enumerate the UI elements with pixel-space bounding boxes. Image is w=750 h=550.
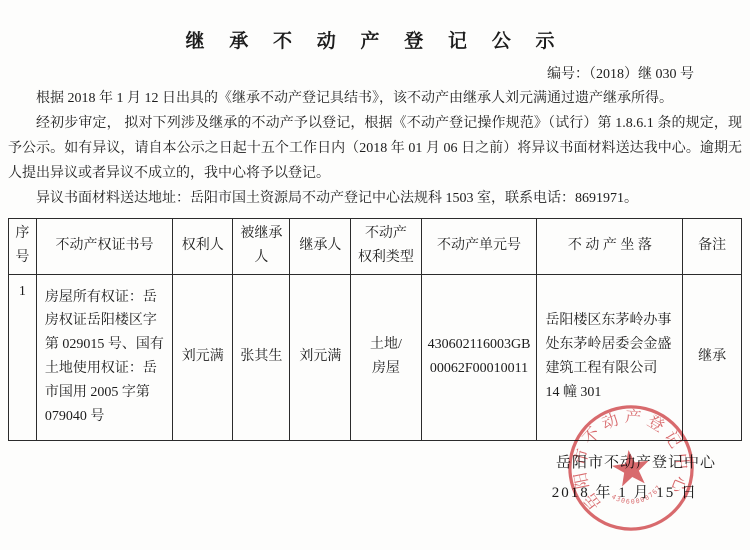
table-row: 1 房屋所有权证：岳房权证岳阳楼区字第 029015 号、国有土地使用权证：岳市… xyxy=(9,274,742,440)
header-right-holder: 权利人 xyxy=(173,218,233,274)
issuer-name: 岳阳市不动产登记中心 xyxy=(8,451,742,472)
paragraph-basis: 根据 2018 年 1 月 12 日出具的《继承不动产登记具结书》，该不动产由继… xyxy=(8,87,742,112)
header-location: 不 动 产 坐 落 xyxy=(537,218,683,274)
cell-heir: 刘元满 xyxy=(290,274,351,440)
document-title: 继 承 不 动 产 登 记 公 示 xyxy=(8,26,742,53)
issue-date: 2018 年 1 月 15 日 xyxy=(8,481,742,502)
cell-location: 岳阳楼区东茅岭办事处东茅岭居委会金盛建筑工程有限公司 14 幢 301 xyxy=(537,274,683,440)
header-right-type: 不动产 权利类型 xyxy=(351,218,421,274)
header-unit-no: 不动产单元号 xyxy=(421,218,537,274)
cell-unit-no: 430602116003GB 00062F00010011 xyxy=(421,274,537,440)
cell-right-holder: 刘元满 xyxy=(173,274,233,440)
header-heir: 继承人 xyxy=(290,218,351,274)
paragraph-review-objection: 经初步审定， 拟对下列涉及继承的不动产予以登记，根据《不动产登记操作规范》（试行… xyxy=(8,112,742,187)
header-decedent: 被继承人 xyxy=(233,218,290,274)
cell-cert-no: 房屋所有权证：岳房权证岳阳楼区字第 029015 号、国有土地使用权证：岳市国用… xyxy=(36,274,172,440)
header-seq: 序号 xyxy=(9,218,37,274)
cell-note: 继承 xyxy=(683,274,742,440)
header-note: 备注 xyxy=(683,218,742,274)
cell-decedent: 张其生 xyxy=(233,274,290,440)
signature-block: 岳阳市不动产登记中心 2018 年 1 月 15 日 岳阳市不动产登记中心 43… xyxy=(8,451,742,502)
table-header-row: 序号 不动产权证书号 权利人 被继承人 继承人 不动产 权利类型 不动产单元号 … xyxy=(9,218,742,274)
cell-right-type: 土地/ 房屋 xyxy=(351,274,421,440)
cell-seq: 1 xyxy=(9,274,37,440)
notice-document: 继 承 不 动 产 登 记 公 示 编号：（2018）继 030 号 根据 20… xyxy=(0,0,750,550)
paragraph-contact: 异议书面材料送达地址：岳阳市国土资源局不动产登记中心法规科 1503 室，联系电… xyxy=(8,187,742,212)
header-cert-no: 不动产权证书号 xyxy=(36,218,172,274)
document-number: 编号：（2018）继 030 号 xyxy=(8,63,742,83)
property-registration-table: 序号 不动产权证书号 权利人 被继承人 继承人 不动产 权利类型 不动产单元号 … xyxy=(8,218,742,441)
